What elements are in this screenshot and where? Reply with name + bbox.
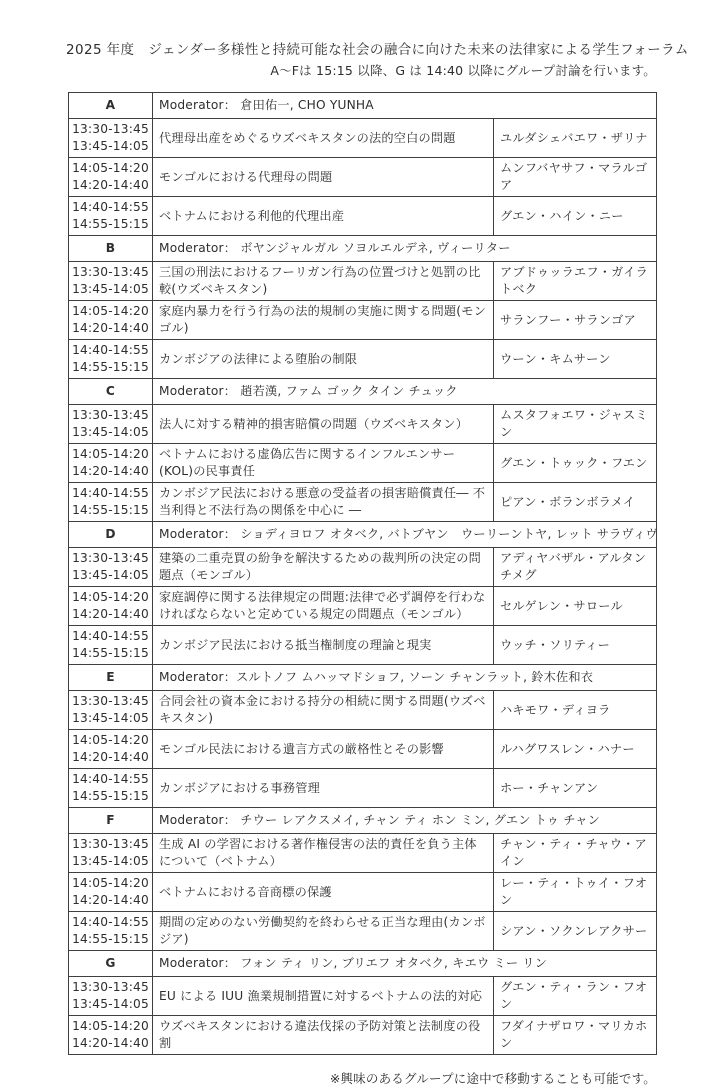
time-line-1: 13:30-13:45 (70, 264, 151, 281)
time-line-1: 13:30-13:45 (70, 979, 151, 996)
presenter-name: ユルダシェバエワ・ザリナ (494, 119, 657, 158)
time-line-2: 14:20-14:40 (70, 177, 151, 194)
presentation-topic: 法人に対する精神的損害賠償の問題（ウズベキスタン） (153, 405, 494, 444)
time-line-1: 14:05-14:20 (70, 875, 151, 892)
time-line-1: 14:40-14:55 (70, 485, 151, 502)
group-letter: D (69, 522, 153, 548)
session-row: 14:05-14:20 14:20-14:40 家庭調停に関する法律規定の問題:… (69, 587, 657, 626)
time-line-1: 13:30-13:45 (70, 407, 151, 424)
presenter-name: ウッチ・ソリティー (494, 626, 657, 665)
time-line-2: 14:20-14:40 (70, 606, 151, 623)
presenter-name: ムスタフォエワ・ジャスミン (494, 405, 657, 444)
group-letter: B (69, 236, 153, 262)
presentation-topic: カンボジア民法における悪意の受益者の損害賠償責任― 不当利得と不法行為の関係を中… (153, 483, 494, 522)
presenter-name: ルハグワスレン・ハナー (494, 730, 657, 769)
group-g-header-row: G Moderator： フォン ティ リン, ブリエフ オタベク, キエウ ミ… (69, 951, 657, 977)
time-line-2: 13:45-14:05 (70, 138, 151, 155)
presentation-topic: ベトナムにおける利他的代理出産 (153, 197, 494, 236)
time-slot: 13:30-13:45 13:45-14:05 (69, 405, 153, 444)
presentation-topic: 建築の二重売買の紛争を解決するための裁判所の決定の問題点（モンゴル） (153, 548, 494, 587)
moderator-cell: Moderator： チウー レアクスメイ, チャン ティ ホン ミン, グエン… (153, 808, 657, 834)
presentation-topic: EU による IUU 漁業規制措置に対するベトナムの法的対応 (153, 977, 494, 1016)
presenter-name: ピアン・ボランボラメイ (494, 483, 657, 522)
time-line-1: 13:30-13:45 (70, 121, 151, 138)
time-slot: 14:05-14:20 14:20-14:40 (69, 158, 153, 197)
moderator-cell: Moderator：スルトノフ ムハッマドショフ, ソーン チャンラット, 鈴木… (153, 665, 657, 691)
session-row: 14:05-14:20 14:20-14:40 ベトナムにおける虚偽広告に関する… (69, 444, 657, 483)
time-line-2: 14:55-15:15 (70, 359, 151, 376)
presenter-name: ハキモワ・ディヨラ (494, 691, 657, 730)
presentation-topic: 合同会社の資本金における持分の相続に関する問題(ウズベキスタン) (153, 691, 494, 730)
time-slot: 14:40-14:55 14:55-15:15 (69, 912, 153, 951)
group-letter: E (69, 665, 153, 691)
schedule-table: A Moderator： 倉田佑一, CHO YUNHA 13:30-13:45… (68, 92, 657, 1055)
time-line-1: 14:05-14:20 (70, 732, 151, 749)
presenter-name: ウーン・キムサーン (494, 340, 657, 379)
session-row: 14:05-14:20 14:20-14:40 モンゴルにおける代理母の問題 ム… (69, 158, 657, 197)
session-row: 14:40-14:55 14:55-15:15 カンボジア民法における抵当権制度… (69, 626, 657, 665)
time-line-2: 13:45-14:05 (70, 567, 151, 584)
group-c-header-row: C Moderator： 趙若漢, ファム ゴック タイン チュック (69, 379, 657, 405)
presenter-name: グエン・ハイン・ニー (494, 197, 657, 236)
group-d-header-row: D Moderator： ショディヨロフ オタベク, バトブヤン ウーリーントヤ… (69, 522, 657, 548)
presentation-topic: カンボジア民法における抵当権制度の理論と現実 (153, 626, 494, 665)
session-row: 14:05-14:20 14:20-14:40 モンゴル民法における遺言方式の厳… (69, 730, 657, 769)
time-line-2: 13:45-14:05 (70, 710, 151, 727)
time-slot: 14:05-14:20 14:20-14:40 (69, 1016, 153, 1055)
time-slot: 14:05-14:20 14:20-14:40 (69, 587, 153, 626)
time-line-1: 14:05-14:20 (70, 1018, 151, 1035)
time-slot: 14:05-14:20 14:20-14:40 (69, 301, 153, 340)
presentation-topic: カンボジアの法律による堕胎の制限 (153, 340, 494, 379)
group-a-header-row: A Moderator： 倉田佑一, CHO YUNHA (69, 93, 657, 119)
time-line-2: 13:45-14:05 (70, 853, 151, 870)
time-line-2: 14:55-15:15 (70, 931, 151, 948)
session-row: 14:40-14:55 14:55-15:15 カンボジア民法における悪意の受益… (69, 483, 657, 522)
session-row: 13:30-13:45 13:45-14:05 法人に対する精神的損害賠償の問題… (69, 405, 657, 444)
time-slot: 14:40-14:55 14:55-15:15 (69, 197, 153, 236)
time-line-2: 14:55-15:15 (70, 788, 151, 805)
document-page: 2025 年度 ジェンダー多様性と持続可能な社会の融合に向けた未来の法律家による… (0, 0, 724, 1024)
time-slot: 14:05-14:20 14:20-14:40 (69, 730, 153, 769)
time-line-1: 14:40-14:55 (70, 628, 151, 645)
group-letter: G (69, 951, 153, 977)
presentation-topic: 家庭内暴力を行う行為の法的規制の実施に関する問題(モンゴル) (153, 301, 494, 340)
presentation-topic: 代理母出産をめぐるウズベキスタンの法的空白の問題 (153, 119, 494, 158)
session-row: 14:05-14:20 14:20-14:40 ベトナムにおける音商標の保護 レ… (69, 873, 657, 912)
presenter-name: フダイナザロワ・マリカホン (494, 1016, 657, 1055)
session-row: 13:30-13:45 13:45-14:05 三国の刑法におけるフーリガン行為… (69, 262, 657, 301)
time-line-1: 14:40-14:55 (70, 342, 151, 359)
session-row: 14:05-14:20 14:20-14:40 ウズベキスタンにおける違法伐採の… (69, 1016, 657, 1055)
group-f-header-row: F Moderator： チウー レアクスメイ, チャン ティ ホン ミン, グ… (69, 808, 657, 834)
moderator-cell: Moderator： 趙若漢, ファム ゴック タイン チュック (153, 379, 657, 405)
presentation-topic: ベトナムにおける音商標の保護 (153, 873, 494, 912)
group-e-header-row: E Moderator：スルトノフ ムハッマドショフ, ソーン チャンラット, … (69, 665, 657, 691)
time-slot: 14:40-14:55 14:55-15:15 (69, 769, 153, 808)
presentation-topic: 期間の定めのない労働契約を終わらせる正当な理由(カンボジア) (153, 912, 494, 951)
session-row: 14:05-14:20 14:20-14:40 家庭内暴力を行う行為の法的規制の… (69, 301, 657, 340)
time-slot: 13:30-13:45 13:45-14:05 (69, 834, 153, 873)
session-row: 14:40-14:55 14:55-15:15 カンボジアにおける事務管理 ホー… (69, 769, 657, 808)
time-line-2: 14:20-14:40 (70, 892, 151, 909)
presenter-name: アディヤバザル・アルタンチメグ (494, 548, 657, 587)
time-line-2: 13:45-14:05 (70, 424, 151, 441)
time-slot: 14:40-14:55 14:55-15:15 (69, 626, 153, 665)
presentation-topic: 三国の刑法におけるフーリガン行為の位置づけと処罰の比較(ウズベキスタン) (153, 262, 494, 301)
session-row: 14:40-14:55 14:55-15:15 ベトナムにおける利他的代理出産 … (69, 197, 657, 236)
time-line-2: 13:45-14:05 (70, 996, 151, 1013)
time-line-1: 14:40-14:55 (70, 771, 151, 788)
time-slot: 13:30-13:45 13:45-14:05 (69, 548, 153, 587)
presentation-topic: 家庭調停に関する法律規定の問題:法律で必ず調停を行わなければならないと定めている… (153, 587, 494, 626)
group-letter: C (69, 379, 153, 405)
session-row: 13:30-13:45 13:45-14:05 EU による IUU 漁業規制措… (69, 977, 657, 1016)
presentation-topic: ウズベキスタンにおける違法伐採の予防対策と法制度の役割 (153, 1016, 494, 1055)
session-row: 13:30-13:45 13:45-14:05 代理母出産をめぐるウズベキスタン… (69, 119, 657, 158)
session-row: 14:40-14:55 14:55-15:15 カンボジアの法律による堕胎の制限… (69, 340, 657, 379)
time-slot: 13:30-13:45 13:45-14:05 (69, 262, 153, 301)
time-line-2: 14:20-14:40 (70, 320, 151, 337)
time-line-1: 14:05-14:20 (70, 446, 151, 463)
time-line-1: 14:40-14:55 (70, 199, 151, 216)
time-line-2: 14:55-15:15 (70, 645, 151, 662)
presenter-name: グエン・トゥック・フエン (494, 444, 657, 483)
presenter-name: ムンフバヤサフ・マラルゴア (494, 158, 657, 197)
time-line-2: 14:20-14:40 (70, 1035, 151, 1052)
time-slot: 13:30-13:45 13:45-14:05 (69, 977, 153, 1016)
presenter-name: シアン・ソクンレアクサー (494, 912, 657, 951)
presenter-name: チャン・ティ・チャウ・アイン (494, 834, 657, 873)
presenter-name: グエン・ティ・ラン・フオン (494, 977, 657, 1016)
time-line-1: 14:05-14:20 (70, 589, 151, 606)
moderator-cell: Moderator： ボヤンジャルガル ソヨルエルデネ, ヴィーリター (153, 236, 657, 262)
time-line-2: 13:45-14:05 (70, 281, 151, 298)
time-line-1: 13:30-13:45 (70, 550, 151, 567)
time-line-1: 14:05-14:20 (70, 160, 151, 177)
session-row: 14:40-14:55 14:55-15:15 期間の定めのない労働契約を終わら… (69, 912, 657, 951)
group-discussion-note: A～Fは 15:15 以降、G は 14:40 以降にグループ討論を行います。 (68, 61, 656, 79)
presentation-topic: ベトナムにおける虚偽広告に関するインフルエンサー(KOL)の民事責任 (153, 444, 494, 483)
time-line-1: 13:30-13:45 (70, 836, 151, 853)
presentation-topic: モンゴル民法における遺言方式の厳格性とその影響 (153, 730, 494, 769)
session-row: 13:30-13:45 13:45-14:05 建築の二重売買の紛争を解決するた… (69, 548, 657, 587)
time-line-2: 14:55-15:15 (70, 502, 151, 519)
time-line-2: 14:55-15:15 (70, 216, 151, 233)
presenter-name: レー・ティ・トゥイ・フオン (494, 873, 657, 912)
time-slot: 13:30-13:45 13:45-14:05 (69, 119, 153, 158)
time-line-1: 13:30-13:45 (70, 693, 151, 710)
presentation-topic: モンゴルにおける代理母の問題 (153, 158, 494, 197)
group-letter: A (69, 93, 153, 119)
time-slot: 14:40-14:55 14:55-15:15 (69, 340, 153, 379)
group-letter: F (69, 808, 153, 834)
session-row: 13:30-13:45 13:45-14:05 合同会社の資本金における持分の相… (69, 691, 657, 730)
moderator-cell: Moderator： フォン ティ リン, ブリエフ オタベク, キエウ ミー … (153, 951, 657, 977)
time-slot: 13:30-13:45 13:45-14:05 (69, 691, 153, 730)
page-title: 2025 年度 ジェンダー多様性と持続可能な社会の融合に向けた未来の法律家による… (66, 38, 656, 58)
group-b-header-row: B Moderator： ボヤンジャルガル ソヨルエルデネ, ヴィーリター (69, 236, 657, 262)
moderator-cell: Moderator： 倉田佑一, CHO YUNHA (153, 93, 657, 119)
time-slot: 14:05-14:20 14:20-14:40 (69, 873, 153, 912)
presentation-topic: 生成 AI の学習における著作権侵害の法的責任を負う主体について（ベトナム） (153, 834, 494, 873)
time-slot: 14:40-14:55 14:55-15:15 (69, 483, 153, 522)
time-line-1: 14:40-14:55 (70, 914, 151, 931)
presentation-topic: カンボジアにおける事務管理 (153, 769, 494, 808)
session-row: 13:30-13:45 13:45-14:05 生成 AI の学習における著作権… (69, 834, 657, 873)
presenter-name: ホー・チャンアン (494, 769, 657, 808)
time-line-2: 14:20-14:40 (70, 749, 151, 766)
footnote: ※興味のあるグループに途中で移動することも可能です。 (68, 1069, 656, 1087)
presenter-name: アブドゥッラエフ・ガイラトベク (494, 262, 657, 301)
time-line-2: 14:20-14:40 (70, 463, 151, 480)
presenter-name: サランフー・サランゴア (494, 301, 657, 340)
presenter-name: セルゲレン・サロール (494, 587, 657, 626)
time-line-1: 14:05-14:20 (70, 303, 151, 320)
moderator-cell: Moderator： ショディヨロフ オタベク, バトブヤン ウーリーントヤ, … (153, 522, 657, 548)
time-slot: 14:05-14:20 14:20-14:40 (69, 444, 153, 483)
